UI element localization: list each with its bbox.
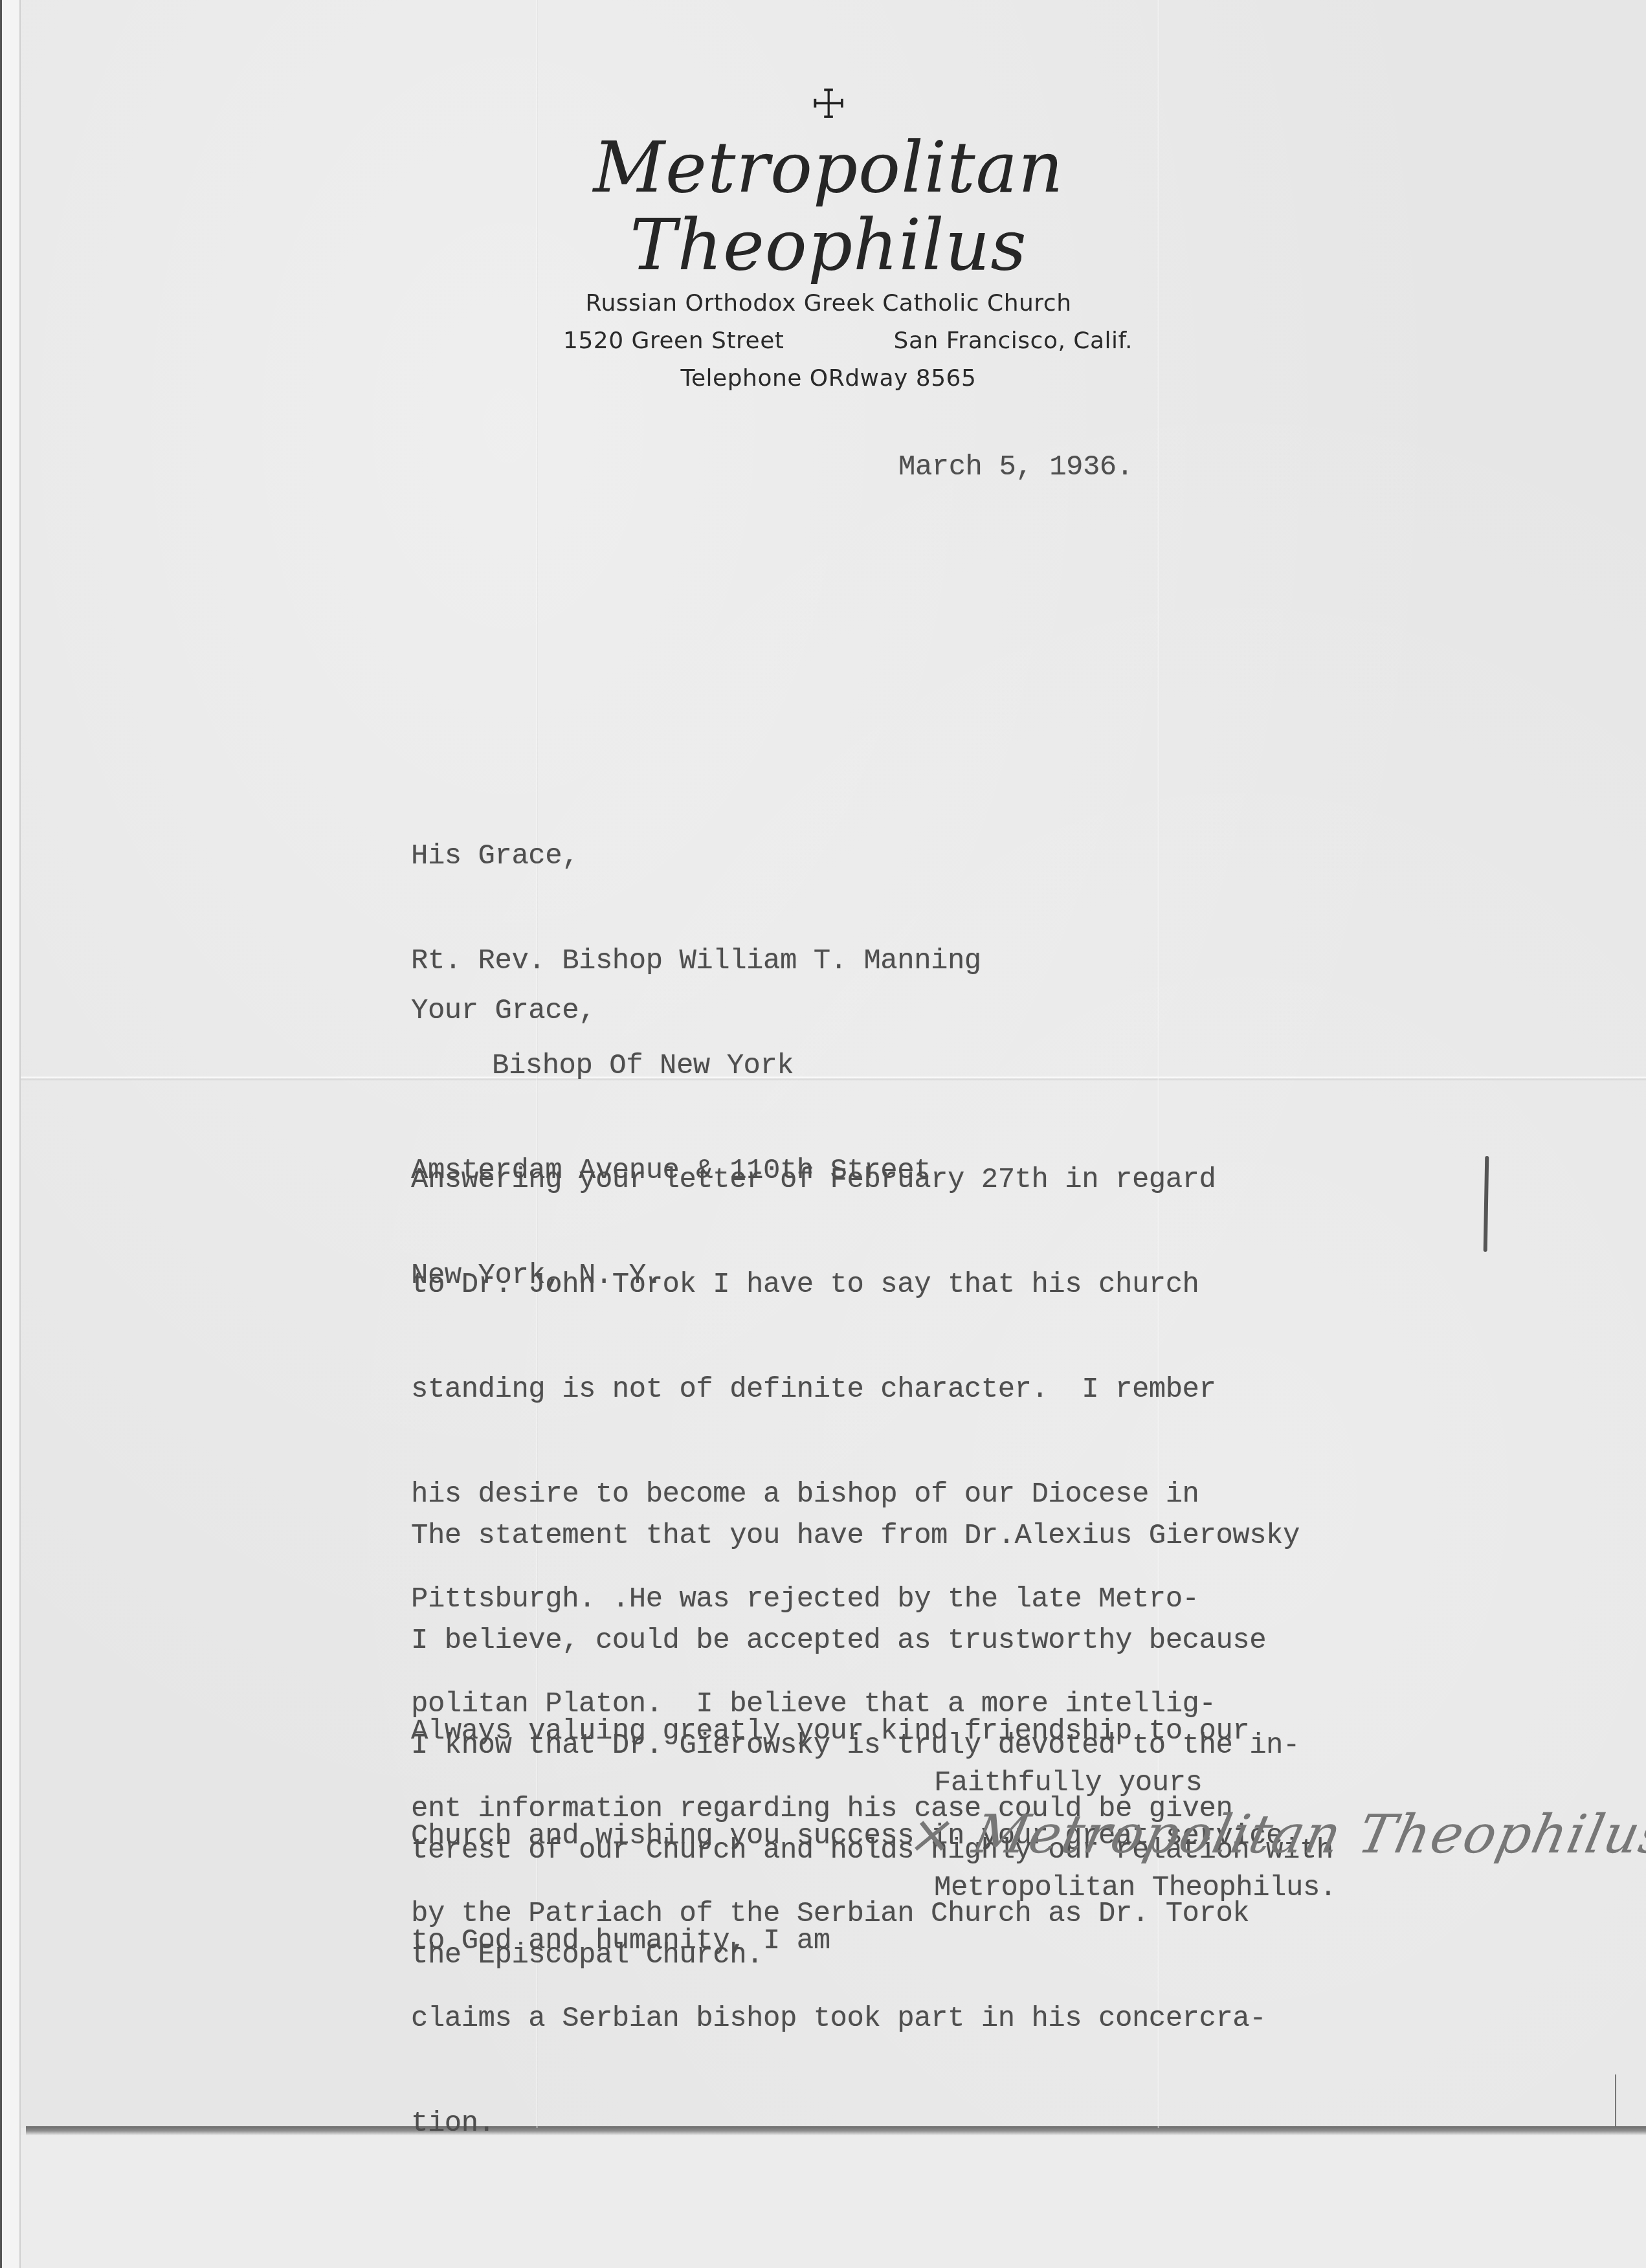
page-edge-mark — [1615, 2074, 1616, 2126]
recipient-line: Rt. Rev. Bishop William T. Manning — [411, 944, 981, 979]
handwritten-signature: × Metropolitan Theophilus — [901, 1799, 1623, 1877]
letterhead-city: San Francisco, Calif. — [894, 322, 1133, 360]
letter-date: March 5, 1936. — [898, 450, 1133, 485]
typed-signatory-name: Metropolitan Theophilus. — [934, 1871, 1337, 1906]
letterhead-church: Russian Orthodox Greek Catholic Church — [505, 285, 1152, 322]
letterhead-telephone: Telephone ORdway 8565 — [505, 360, 1152, 397]
orthodox-cross-icon: ☩ — [505, 84, 1152, 124]
body-line: tion. — [411, 2106, 1266, 2141]
letterhead: ☩ Metropolitan Theophilus Russian Orthod… — [505, 84, 1152, 397]
recipient-line: Bishop Of New York — [411, 1049, 981, 1084]
body-line: standing is not of definite character. I… — [411, 1372, 1266, 1407]
closing: Faithfully yours — [934, 1766, 1202, 1801]
body-line: Always valuing greatly your kind friends… — [411, 1714, 1283, 1749]
body-line: Answering your letter of February 27th i… — [411, 1162, 1266, 1197]
scanner-edge-strip — [0, 0, 21, 2268]
letterhead-title: Metropolitan Theophilus — [505, 129, 1152, 285]
body-line: The statement that you have from Dr.Alex… — [411, 1518, 1333, 1553]
body-line: to Dr. John Torok I have to say that his… — [411, 1267, 1266, 1302]
letterhead-address: 1520 Green Street San Francisco, Calif. — [505, 322, 1152, 360]
body-line: to God and humanity, I am — [411, 1924, 1283, 1959]
letterhead-street: 1520 Green Street — [563, 322, 784, 360]
salutation: Your Grace, — [411, 994, 595, 1028]
recipient-line: His Grace, — [411, 839, 981, 874]
